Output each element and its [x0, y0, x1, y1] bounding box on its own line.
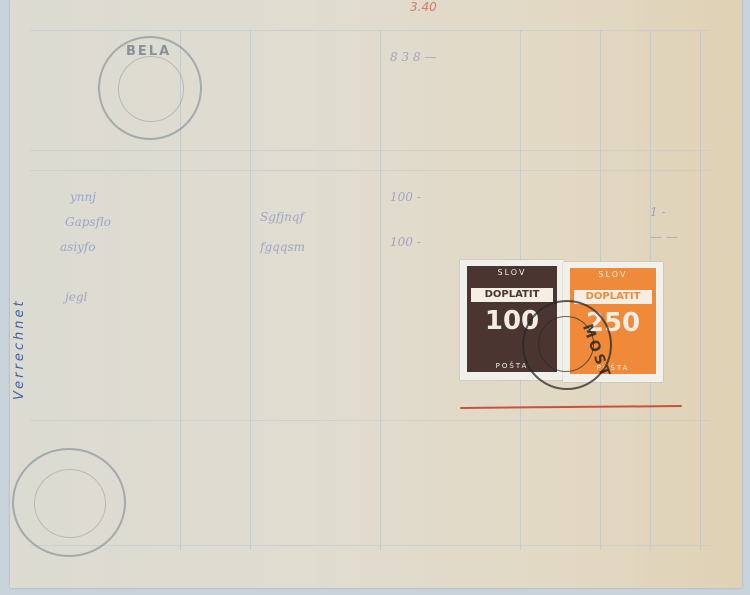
cancellation-postmark: MOST: [522, 300, 612, 390]
handwriting: fgqqsm: [260, 240, 305, 254]
stamp-label: DOPLATIT: [471, 288, 553, 302]
handwriting: ynnj: [70, 190, 96, 204]
handwriting: asiyfo: [60, 240, 96, 254]
ruled-line: [30, 150, 710, 151]
handwriting: 100 -: [390, 190, 421, 204]
postmark-text: BELA: [126, 44, 171, 59]
ruled-line: [30, 545, 710, 546]
bottom-left-postmark: [12, 448, 126, 557]
ruled-line: [380, 30, 381, 550]
handwriting: — —: [650, 230, 678, 244]
handwriting: 1 -: [650, 205, 666, 219]
ruled-line: [30, 170, 710, 171]
postmark-inner-ring: [34, 469, 106, 538]
ruled-line: [250, 30, 251, 550]
handwriting: 100 -: [390, 235, 421, 249]
side-handwriting: Verrechnet: [12, 140, 32, 400]
handwriting: Sgfjnqf: [260, 210, 304, 224]
ruled-line: [30, 30, 710, 31]
stamp-header: SLOV: [570, 270, 656, 279]
handwriting: jegl: [65, 290, 87, 304]
handwriting: Gapsflo: [65, 215, 111, 229]
red-pencil-mark: 3.40: [410, 0, 437, 14]
handwriting: 8 3 8 —: [390, 50, 436, 64]
ruled-line: [30, 420, 710, 421]
top-left-postmark: BELA: [98, 36, 202, 140]
stamp-header: SLOV: [467, 268, 557, 277]
ruled-line: [700, 30, 701, 550]
postmark-inner-ring: [118, 56, 184, 122]
stamp-label: DOPLATIT: [574, 290, 652, 304]
